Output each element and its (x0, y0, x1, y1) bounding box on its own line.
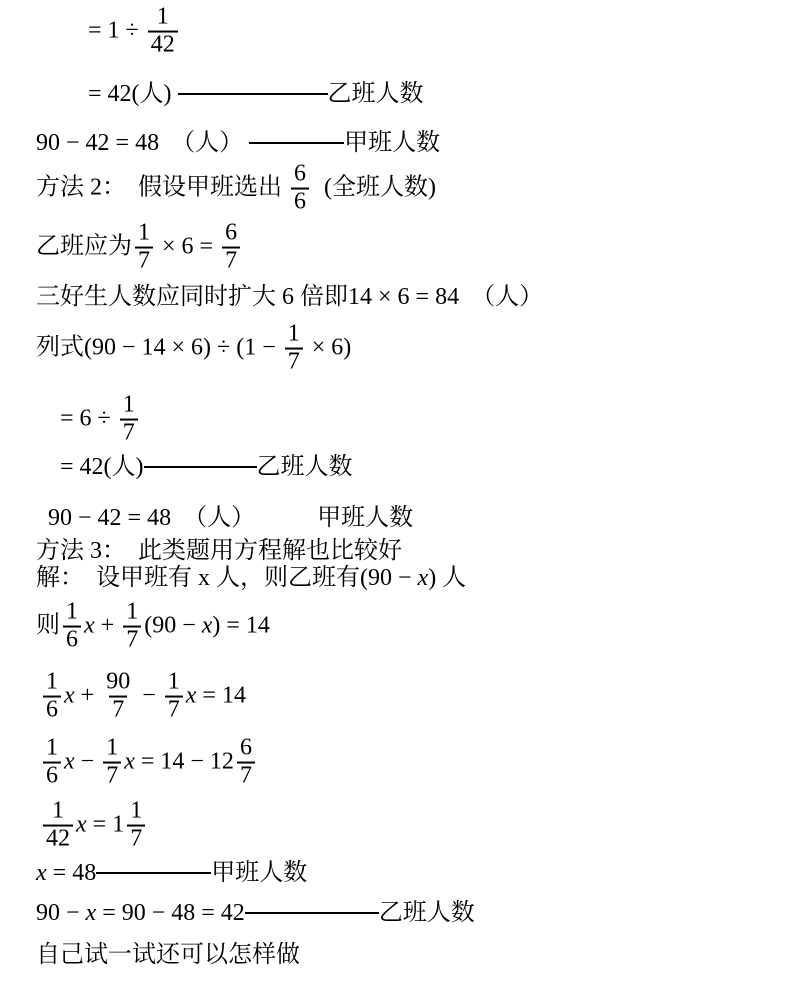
method1-result-a: 90 − 42 = 48 （人） 甲班人数 (36, 128, 440, 158)
text-run: 自己试一试还可以怎样做 (36, 940, 300, 970)
math-variable: x (202, 611, 213, 641)
fraction-denominator: 7 (109, 696, 127, 723)
fraction-numerator: 1 (120, 393, 138, 419)
leader-line (245, 912, 379, 914)
fraction-denominator: 7 (120, 419, 138, 446)
fraction: 142 (148, 5, 178, 58)
fraction-denominator: 7 (103, 762, 121, 789)
fraction: 16 (43, 670, 61, 723)
text-run: 乙班人数 (379, 898, 475, 928)
text-run: = 6 ÷ (60, 404, 117, 434)
method3-expand: 16x + 907 − 17x = 14 (40, 670, 246, 723)
fraction-denominator: 6 (63, 626, 81, 653)
text-run: = 90 − 48 = 42 (96, 898, 245, 928)
text-run: 甲班人数 (344, 128, 440, 158)
text-run: 三好生人数应同时扩大 6 倍即14 × 6 = 84 （人） (36, 282, 543, 312)
text-run: = 42(人) (60, 452, 144, 482)
text-run: 列式(90 − 14 × 6) ÷ (1 − (36, 333, 282, 363)
method2-scale-note: 三好生人数应同时扩大 6 倍即14 × 6 = 84 （人） (36, 282, 543, 312)
fraction-denominator: 7 (285, 348, 303, 375)
math-variable: x (124, 747, 135, 777)
text-run: 90 − 42 = 48 （人） (36, 128, 249, 158)
fraction-denominator: 7 (127, 825, 145, 852)
fraction-denominator: 7 (123, 626, 141, 653)
text-run: = 14 − 12 (135, 747, 234, 777)
math-variable: x (64, 681, 75, 711)
fraction: 907 (103, 670, 133, 723)
text-run: 乙班人数 (257, 452, 353, 482)
leader-line (178, 93, 328, 95)
text-run: ) = 14 (212, 611, 270, 641)
fraction-denominator: 6 (43, 762, 61, 789)
leader-line (249, 142, 344, 144)
text-run: + (75, 681, 101, 711)
fraction-denominator: 42 (148, 31, 178, 58)
fraction-numerator: 1 (127, 799, 145, 825)
text-run: 则 (36, 611, 60, 641)
math-variable: x (86, 898, 97, 928)
text-run: 方法 2： 假设甲班选出 (36, 173, 288, 203)
fraction-denominator: 6 (291, 188, 309, 215)
text-run: 方法 3： 此类题用方程解也比较好 (36, 536, 402, 566)
leader-line (96, 872, 211, 874)
text-run: = 14 (196, 681, 246, 711)
closing-prompt: 自己试一试还可以怎样做 (36, 940, 300, 970)
fraction-numerator: 1 (135, 221, 153, 247)
text-run: 甲班人数 (211, 858, 307, 888)
method3-collect: 16x − 17x = 14 − 1267 (40, 736, 258, 789)
text-run: 90 − 42 = 48 （人） (48, 503, 255, 533)
fraction: 17 (165, 670, 183, 723)
leader-line (144, 466, 257, 468)
text-run: 乙班人数 (328, 79, 424, 109)
text-run: 乙班应为 (36, 232, 132, 262)
text-run: − (75, 747, 101, 777)
fraction: 16 (43, 736, 61, 789)
document-page: = 1 ÷ 142= 42(人) 乙班人数90 − 42 = 48 （人） 甲班… (0, 0, 808, 994)
fraction-numerator: 1 (123, 600, 141, 626)
fraction-denominator: 42 (43, 825, 73, 852)
math-variable: x (64, 747, 75, 777)
text-run: (全班人数) (312, 173, 436, 203)
fraction-numerator: 1 (165, 670, 183, 696)
fraction: 67 (222, 221, 240, 274)
method2-result-a: 90 − 42 = 48 （人）甲班人数 (48, 503, 413, 533)
fraction: 16 (63, 600, 81, 653)
math-variable: x (76, 810, 87, 840)
method3-result-b: 90 − x = 90 − 48 = 42乙班人数 (36, 898, 475, 928)
text-run: × 6) (306, 333, 352, 363)
fraction: 17 (285, 322, 303, 375)
method2-result-b: = 42(人)乙班人数 (60, 452, 353, 482)
fraction-denominator: 6 (43, 696, 61, 723)
fraction-denominator: 7 (135, 247, 153, 274)
fraction-numerator: 6 (222, 221, 240, 247)
method3-result-a: x = 48甲班人数 (36, 858, 307, 888)
method3-setup: 解： 设甲班有 x 人，则乙班有(90 − x) 人 (36, 563, 466, 593)
fraction-numerator: 1 (43, 736, 61, 762)
fraction-numerator: 6 (237, 736, 255, 762)
text-run: = 42(人) (88, 79, 178, 109)
fraction: 66 (291, 162, 309, 215)
fraction-numerator: 1 (154, 5, 172, 31)
method2-heading: 方法 2： 假设甲班选出 66 (全班人数) (36, 162, 436, 215)
method2-class-b-fraction: 乙班应为17 × 6 = 67 (36, 221, 243, 274)
math-variable: x (186, 681, 197, 711)
fraction: 17 (123, 600, 141, 653)
fraction-numerator: 6 (291, 162, 309, 188)
text-run: 甲班人数 (317, 503, 413, 533)
method2-expression: 列式(90 − 14 × 6) ÷ (1 − 17 × 6) (36, 322, 351, 375)
fraction: 17 (120, 393, 138, 446)
fraction-numerator: 1 (63, 600, 81, 626)
text-run: − (136, 681, 162, 711)
math-variable: x (84, 611, 95, 641)
fraction-numerator: 1 (43, 670, 61, 696)
text-run: × 6 = (156, 232, 219, 262)
text-run: = 48 (47, 858, 97, 888)
fraction: 142 (43, 799, 73, 852)
method3-simplify: 142x = 117 (40, 799, 148, 852)
method1-result-b: = 42(人) 乙班人数 (88, 79, 424, 109)
fraction-numerator: 1 (285, 322, 303, 348)
method1-eq-divide: = 1 ÷ 142 (88, 5, 181, 58)
method3-equation: 则16x + 17(90 − x) = 14 (36, 600, 270, 653)
text-run: (90 − (144, 611, 202, 641)
text-run: ) 人 (428, 563, 466, 593)
fraction: 17 (127, 799, 145, 852)
fraction: 17 (103, 736, 121, 789)
text-run: = 1 (87, 810, 125, 840)
fraction: 17 (135, 221, 153, 274)
fraction-denominator: 7 (222, 247, 240, 274)
fraction-numerator: 90 (103, 670, 133, 696)
fraction-denominator: 7 (165, 696, 183, 723)
math-variable: x (418, 563, 429, 593)
method3-heading: 方法 3： 此类题用方程解也比较好 (36, 536, 402, 566)
text-run: = 1 ÷ (88, 16, 145, 46)
fraction: 67 (237, 736, 255, 789)
text-run: 解： 设甲班有 x 人，则乙班有(90 − (36, 563, 418, 593)
method2-eq-divide: = 6 ÷ 17 (60, 393, 141, 446)
fraction-numerator: 1 (49, 799, 67, 825)
math-variable: x (36, 858, 47, 888)
text-run: + (95, 611, 121, 641)
fraction-numerator: 1 (103, 736, 121, 762)
fraction-denominator: 7 (237, 762, 255, 789)
text-run: 90 − (36, 898, 86, 928)
